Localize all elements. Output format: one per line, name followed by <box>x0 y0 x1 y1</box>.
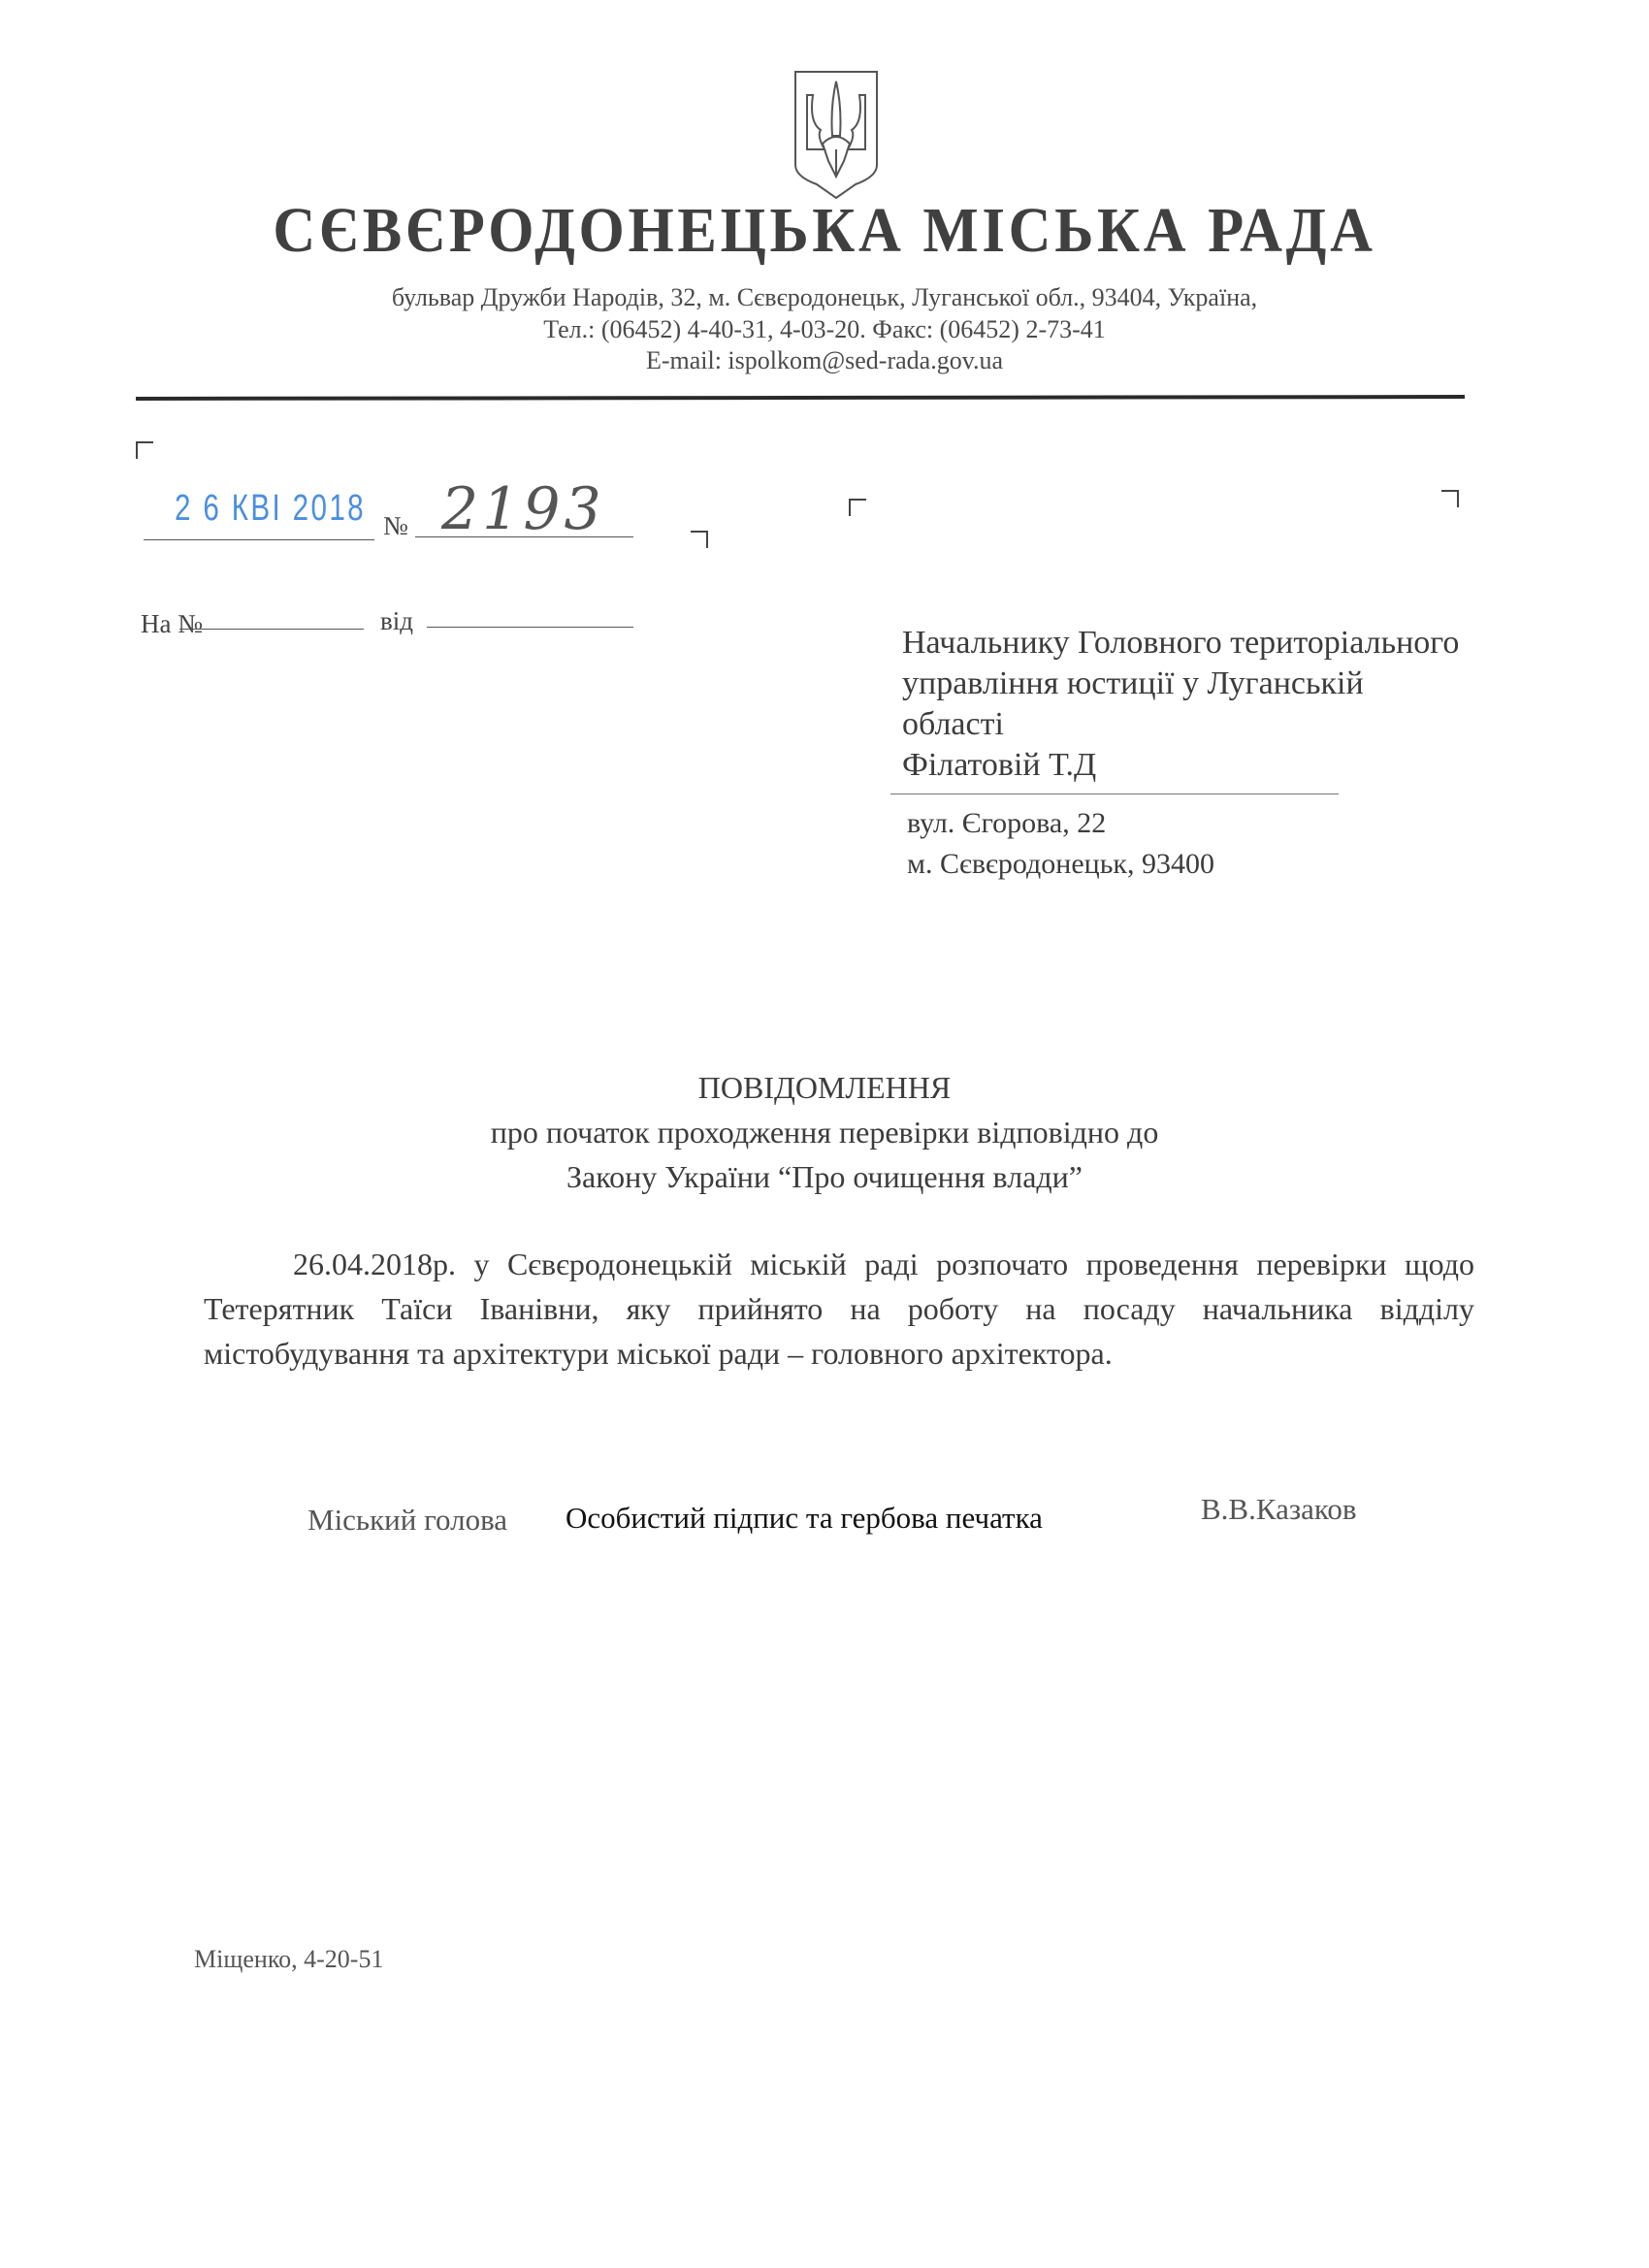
executor-note: Міщенко, 4-20-51 <box>194 1945 383 1974</box>
reply-number-label: На № <box>141 609 203 639</box>
addressee-line: управління юстиції у Луганській <box>902 664 1459 704</box>
addressee-postal: вул. Єгорова, 22 м. Сєвєродонецьк, 93400 <box>907 803 1214 885</box>
corner-mark-icon <box>691 531 708 548</box>
letterhead-divider <box>136 395 1465 401</box>
date-stamp: 2 6 КВІ 2018 <box>175 488 366 530</box>
signature-placeholder: Особистий підпис та гербова печатка <box>566 1501 1043 1536</box>
date-underline <box>144 539 374 540</box>
addressee-divider <box>890 794 1339 794</box>
addressee-city: м. Сєвєродонецьк, 93400 <box>907 844 1214 885</box>
phone-line: Тел.: (06452) 4-40-31, 4-03-20. Факс: (0… <box>0 315 1649 344</box>
addressee-name: Філатовій Т.Д <box>902 745 1459 786</box>
corner-mark-icon <box>849 499 866 516</box>
body-paragraph: 26.04.2018р. у Сєвєродонецькій міській р… <box>204 1242 1474 1376</box>
signatory-role: Міський голова <box>307 1503 507 1538</box>
title-subtitle: Закону України “Про очищення влади” <box>0 1154 1649 1199</box>
number-label: № <box>383 511 408 541</box>
title-subtitle: про початок проходження перевірки відпов… <box>0 1110 1649 1154</box>
handwritten-number: 2193 <box>441 475 605 543</box>
trident-coat-of-arms-icon <box>788 68 885 204</box>
corner-mark-icon <box>1441 490 1459 507</box>
addressee-line: області <box>902 704 1459 745</box>
addressee-street: вул. Єгорова, 22 <box>907 803 1214 844</box>
email-line: E-mail: ispolkom@sed-rada.gov.ua <box>0 346 1649 375</box>
addressee-block: Начальнику Головного територіального упр… <box>902 623 1459 786</box>
reply-from-label: від <box>380 606 413 636</box>
organization-name: СЄВЄРОДОНЕЦЬКА МІСЬКА РАДА <box>66 194 1583 268</box>
addressee-line: Начальнику Головного територіального <box>902 623 1459 664</box>
signatory-name: В.В.Казаков <box>1201 1492 1357 1527</box>
document-title: ПОВІДОМЛЕННЯ про початок проходження пер… <box>0 1065 1649 1199</box>
reply-date-underline <box>427 627 633 628</box>
corner-mark-icon <box>136 441 153 459</box>
address-line: бульвар Дружби Народів, 32, м. Сєвєродон… <box>0 283 1649 312</box>
title-heading: ПОВІДОМЛЕННЯ <box>0 1065 1649 1110</box>
reply-number-underline <box>179 629 364 630</box>
